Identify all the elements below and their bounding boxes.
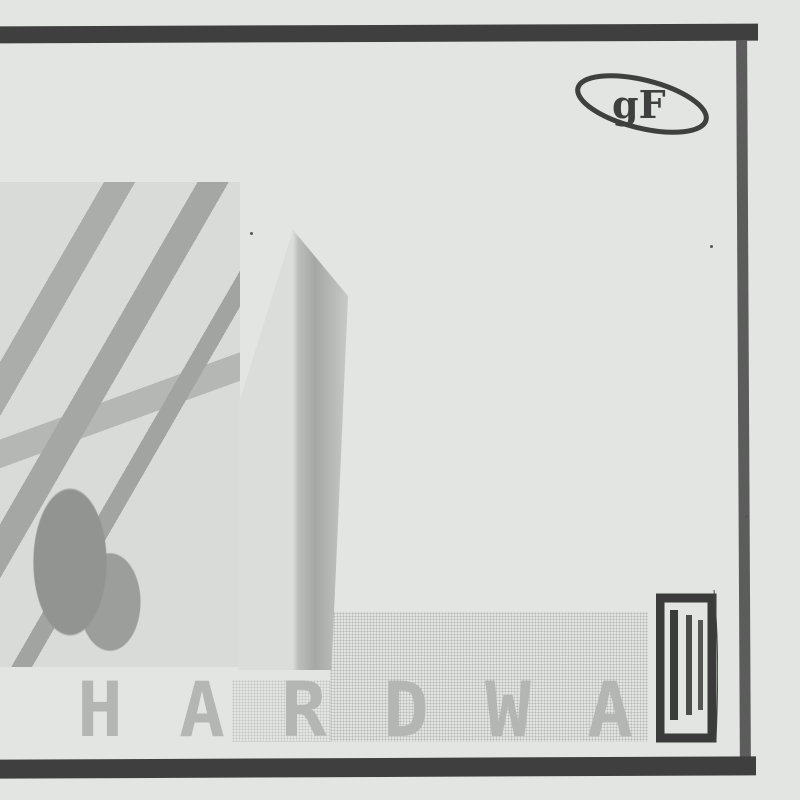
svg-text:gF: gF	[612, 82, 666, 127]
ink-speck	[710, 245, 713, 248]
title-letter: W	[463, 670, 553, 750]
top-frame-bar	[0, 24, 758, 44]
scribbled-rectangle-mark-icon	[656, 590, 718, 750]
circled-monogram-logo-icon: gF	[572, 68, 712, 138]
title-letter: R	[259, 670, 349, 750]
photographic-column	[238, 230, 348, 670]
title-letter: D	[361, 670, 451, 750]
title-letter: H	[55, 670, 145, 750]
ink-speck	[250, 232, 253, 235]
title-letters: H A R D W A	[55, 670, 655, 750]
ink-speck	[745, 515, 748, 518]
album-cover-artwork: H A R D W A gF	[0, 0, 800, 800]
bottom-frame-bar	[0, 756, 756, 778]
photographic-texture	[0, 182, 240, 667]
title-letter: A	[565, 670, 655, 750]
right-frame-bar	[736, 40, 751, 764]
title-letter: A	[157, 670, 247, 750]
